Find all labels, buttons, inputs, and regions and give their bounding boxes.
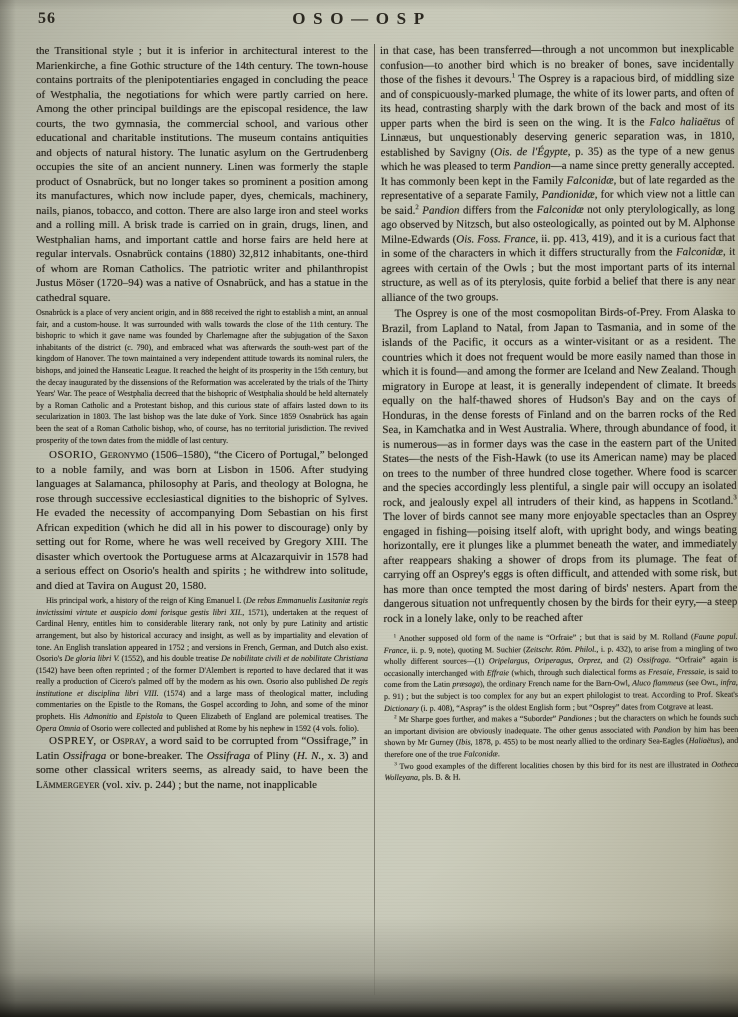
paragraph-osorio-works: His principal work, a history of the rei… — [36, 595, 368, 734]
paragraph-osnabruck-description: the Transitional style ; but it is infer… — [36, 44, 368, 305]
paragraph-osprey-continuation: in that case, has been transferred—throu… — [380, 42, 736, 305]
footnote-1: 1 Another supposed old form of the name … — [384, 631, 738, 714]
footnote-2: 2 Mr Sharpe goes further, and makes a “S… — [384, 712, 738, 761]
paragraph-osprey-distribution: The Osprey is one of the most cosmopolit… — [382, 305, 738, 626]
text-columns: the Transitional style ; but it is infer… — [36, 44, 734, 1017]
footnote-3: 3 Two good examples of the different loc… — [384, 758, 738, 783]
footnotes-block: 1 Another supposed old form of the name … — [384, 631, 738, 784]
right-column: in that case, has been transferred—throu… — [380, 42, 738, 1017]
column-divider-rule — [374, 44, 375, 995]
paragraph-osnabruck-history: Osnabrück is a place of very ancient ori… — [36, 307, 368, 446]
running-head: OSO—OSP — [36, 9, 688, 29]
page-header: 56 OSO—OSP — [36, 8, 728, 34]
entry-osprey: OSPREY, or Ospray, a word said to be cor… — [36, 734, 368, 792]
left-column: the Transitional style ; but it is infer… — [36, 44, 368, 1017]
scanned-book-page: 56 OSO—OSP the Transitional style ; but … — [0, 0, 738, 1017]
entry-osorio: OSORIO, Geronymo (1506–1580), “the Cicer… — [36, 448, 368, 593]
